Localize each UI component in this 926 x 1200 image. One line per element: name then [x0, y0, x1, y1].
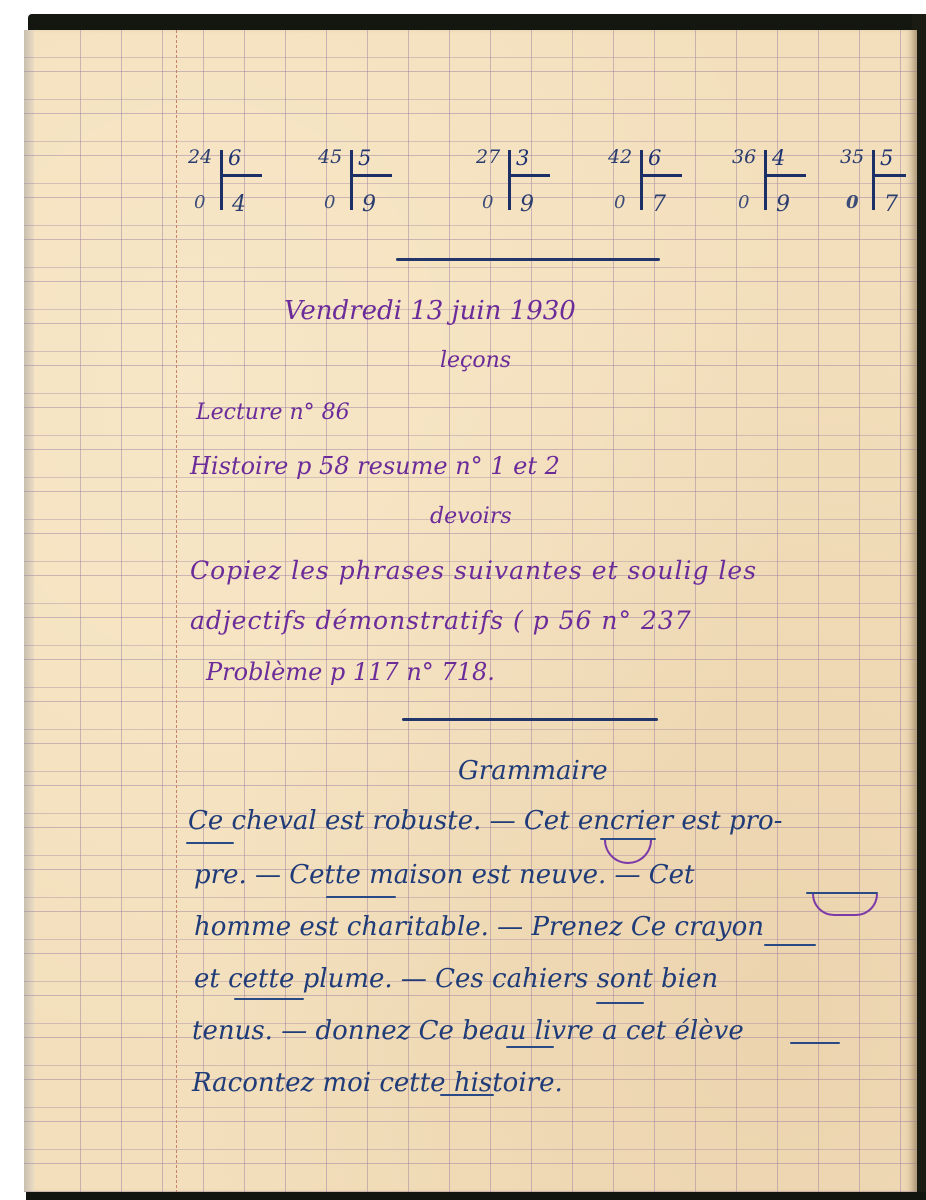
division-line: [508, 174, 550, 177]
underline: [234, 998, 304, 1000]
date-heading: Vendredi 13 juin 1930: [284, 296, 576, 326]
remainder: 0: [482, 192, 493, 213]
underline: [764, 944, 816, 946]
lesson-reading: Lecture n° 86: [196, 400, 350, 425]
grammar-line-1: Ce cheval est robuste. — Cet encrier est…: [188, 806, 782, 836]
sentence-text: Racontez moi: [192, 1068, 379, 1098]
division-bar: [220, 150, 223, 210]
division-line: [872, 174, 906, 177]
quotient: 7: [884, 192, 898, 217]
separator-rule: [402, 718, 658, 721]
sentence-text: cheval est robuste. —: [223, 806, 524, 836]
demonstrative-adjective: Cet: [524, 806, 570, 836]
grammar-line-5: tenus. — donnez Ce beau livre a cet élèv…: [192, 1016, 744, 1046]
division-4: 42 6 0 7: [608, 146, 718, 256]
remainder: 0: [324, 192, 335, 213]
homework-line-3: Problème p 117 n° 718.: [206, 658, 495, 686]
demonstrative-adjective: Ce: [631, 912, 666, 942]
division-bar: [640, 150, 643, 210]
lessons-heading: leçons: [440, 348, 511, 373]
underline: [186, 842, 234, 844]
division-3: 27 3 0 9: [476, 146, 586, 256]
scan-bottom-edge: [26, 1192, 926, 1200]
homework-heading: devoirs: [430, 504, 512, 529]
underline: [790, 1042, 840, 1044]
lesson-history: Histoire p 58 resume n° 1 et 2: [190, 452, 560, 480]
sentence-text: homme est charitable. — Prenez: [194, 912, 631, 942]
remainder: 0: [194, 192, 205, 213]
division-5: 36 4 0 9: [732, 146, 842, 256]
division-bar: [872, 150, 875, 210]
grammar-line-2: pre. — Cette maison est neuve. — Cet: [194, 860, 695, 890]
divisor: 6: [648, 146, 661, 170]
demonstrative-adjective: Ce: [419, 1016, 454, 1046]
homework-line-2: adjectifs démonstratifs ( p 56 n° 237: [190, 606, 692, 635]
demonstrative-adjective: Ce: [188, 806, 223, 836]
sentence-text: crayon: [666, 912, 764, 942]
dividend: 36: [732, 146, 756, 168]
sentence-text: maison est neuve. —: [361, 860, 649, 890]
remainder: 0: [738, 192, 749, 213]
sentence-text: plume. —: [294, 964, 435, 994]
grammar-line-3: homme est charitable. — Prenez Ce crayon: [194, 912, 764, 942]
division-line: [350, 174, 392, 177]
divisor: 5: [358, 146, 371, 170]
sentence-text: cahiers sont bien: [484, 964, 718, 994]
divisor: 6: [228, 146, 241, 170]
division-bar: [350, 150, 353, 210]
dividend: 42: [608, 146, 632, 168]
quotient: 7: [652, 192, 666, 217]
dividend: 24: [188, 146, 212, 168]
dividend: 35: [840, 146, 864, 168]
quotient: 9: [362, 192, 376, 217]
division-line: [764, 174, 806, 177]
homework-line-1: Copiez les phrases suivantes et soulig l…: [190, 556, 757, 585]
demonstrative-adjective: cet: [626, 1016, 666, 1046]
division-line: [640, 174, 682, 177]
sentence-text: tenus. — donnez: [192, 1016, 419, 1046]
demonstrative-adjective: Cet: [649, 860, 695, 890]
demonstrative-adjective: cette: [228, 964, 294, 994]
underline: [506, 1046, 554, 1048]
remainder: 0: [846, 192, 859, 213]
underline: [326, 896, 396, 898]
divisor: 5: [880, 146, 893, 170]
demonstrative-adjective: cette: [379, 1068, 445, 1098]
division-2: 45 5 0 9: [318, 146, 428, 256]
quotient: 9: [776, 192, 790, 217]
underline: [596, 1002, 644, 1004]
division-6: 35 5 0 7: [840, 146, 926, 256]
sentence-text: élève: [666, 1016, 743, 1046]
sentence-text: pre. —: [194, 860, 289, 890]
division-bar: [764, 150, 767, 210]
sentence-text: et: [194, 964, 228, 994]
grammar-heading: Grammaire: [458, 756, 608, 786]
division-line: [220, 174, 262, 177]
divisor: 3: [516, 146, 529, 170]
sentence-text: beau livre a: [454, 1016, 626, 1046]
demonstrative-adjective: Ces: [435, 964, 484, 994]
grammar-line-6: Racontez moi cette histoire.: [192, 1068, 563, 1098]
grammar-line-4: et cette plume. — Ces cahiers sont bien: [194, 964, 718, 994]
remainder: 0: [614, 192, 625, 213]
margin-line: [176, 30, 177, 1192]
quotient: 9: [520, 192, 534, 217]
separator-rule: [396, 258, 660, 261]
dividend: 27: [476, 146, 500, 168]
division-1: 24 6 0 4: [188, 146, 298, 256]
underline: [440, 1094, 494, 1096]
dividend: 45: [318, 146, 342, 168]
division-bar: [508, 150, 511, 210]
demonstrative-adjective: Cette: [289, 860, 361, 890]
sentence-text: encrier est pro-: [570, 806, 783, 836]
divisor: 4: [772, 146, 785, 170]
quotient: 4: [232, 192, 246, 217]
